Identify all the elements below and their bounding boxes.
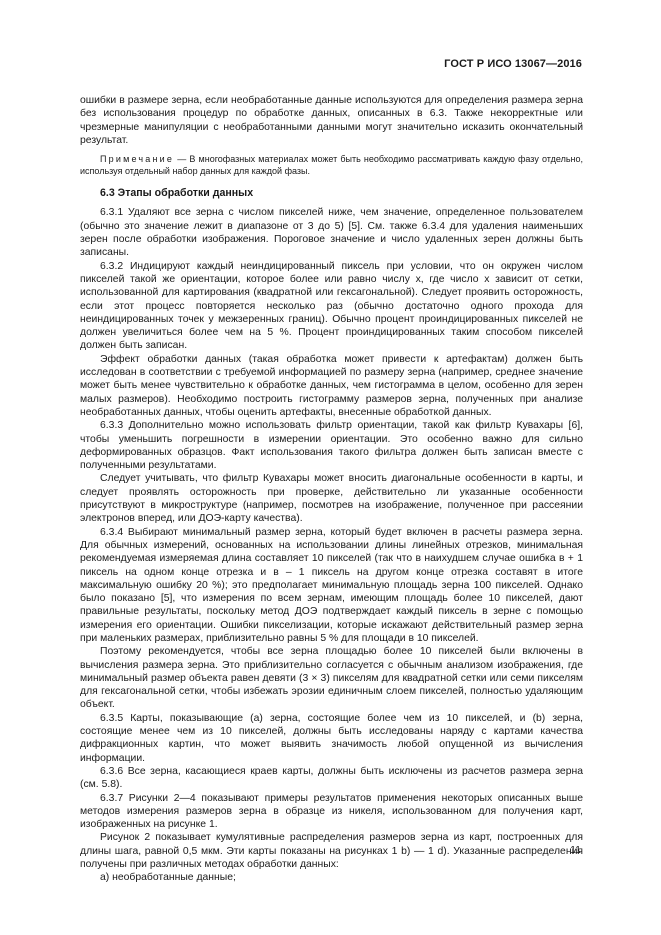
note-label: Примечание [100,154,174,164]
list-item-a: a) необработанные данные; [80,871,583,884]
section-heading: 6.3 Этапы обработки данных [100,187,583,200]
paragraph-6-3-3: 6.3.3 Дополнительно можно использовать ф… [80,419,583,472]
intro-paragraph: ошибки в размере зерна, если необработан… [80,94,583,147]
page-body: ошибки в размере зерна, если необработан… [80,94,583,885]
note-dash: — [174,154,189,164]
paragraph-processing-effect: Эффект обработки данных (такая обработка… [80,353,583,419]
paragraph-6-3-6: 6.3.6 Все зерна, касающиеся краев карты,… [80,765,583,792]
page-number: 11 [570,844,581,856]
note-block: Примечание — В многофазных материалах мо… [80,153,583,177]
paragraph-6-3-5: 6.3.5 Карты, показывающие (a) зерна, сос… [80,712,583,765]
document-header: ГОСТ Р ИСО 13067—2016 [444,58,582,70]
paragraph-figure-2: Рисунок 2 показывает кумулятивные распре… [80,831,583,871]
paragraph-6-3-2: 6.3.2 Индицируют каждый неиндицированный… [80,260,583,353]
paragraph-6-3-1: 6.3.1 Удаляют все зерна с числом пикселе… [80,206,583,259]
paragraph-6-3-7: 6.3.7 Рисунки 2—4 показывают примеры рез… [80,792,583,832]
paragraph-kuwahara-note: Следует учитывать, что фильтр Кувахары м… [80,472,583,525]
paragraph-6-3-4: 6.3.4 Выбирают минимальный размер зерна,… [80,526,583,646]
paragraph-recommendation: Поэтому рекомендуется, чтобы все зерна п… [80,645,583,711]
